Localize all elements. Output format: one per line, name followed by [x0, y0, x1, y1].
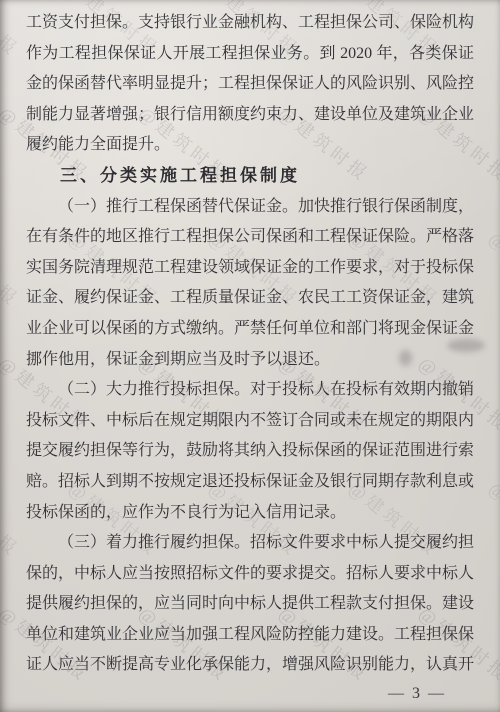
watermark-text: @建筑时报	[0, 225, 26, 312]
intro-paragraph: 工资支付担保。支持银行业金融机构、工程担保公司、保险机构作为工程担保保证人开展工…	[26, 8, 474, 161]
body-paragraph-1: （一）推行工程保函替代保证金。加快推行银行保函制度，在有条件的地区推行工程担保公…	[26, 192, 474, 376]
section-heading: 三、分类实施工程担保制度	[26, 161, 474, 192]
body-paragraph-3: （三）着力推行履约担保。招标文件要求中标人提交履约担保的，中标人应当按照招标文件…	[26, 528, 474, 681]
document-body: 工资支付担保。支持银行业金融机构、工程担保公司、保险机构作为工程担保保证人开展工…	[26, 8, 474, 681]
watermark-text: @建筑时报	[0, 0, 26, 62]
watermark-text: @建筑时报	[484, 225, 500, 312]
body-paragraph-2: （二）大力推行投标担保。对于投标人在投标有效期内撤销投标文件、中标后在规定期限内…	[26, 375, 474, 528]
scanned-document-page: @建筑时报@建筑时报@建筑时报@建筑时报@建筑时报@建筑时报@建筑时报@建筑时报…	[0, 0, 500, 712]
watermark-text: @建筑时报	[484, 0, 500, 62]
watermark-text: @建筑时报	[484, 475, 500, 562]
page-number: — 3 —	[388, 685, 446, 703]
watermark-text: @建筑时报	[0, 475, 26, 562]
